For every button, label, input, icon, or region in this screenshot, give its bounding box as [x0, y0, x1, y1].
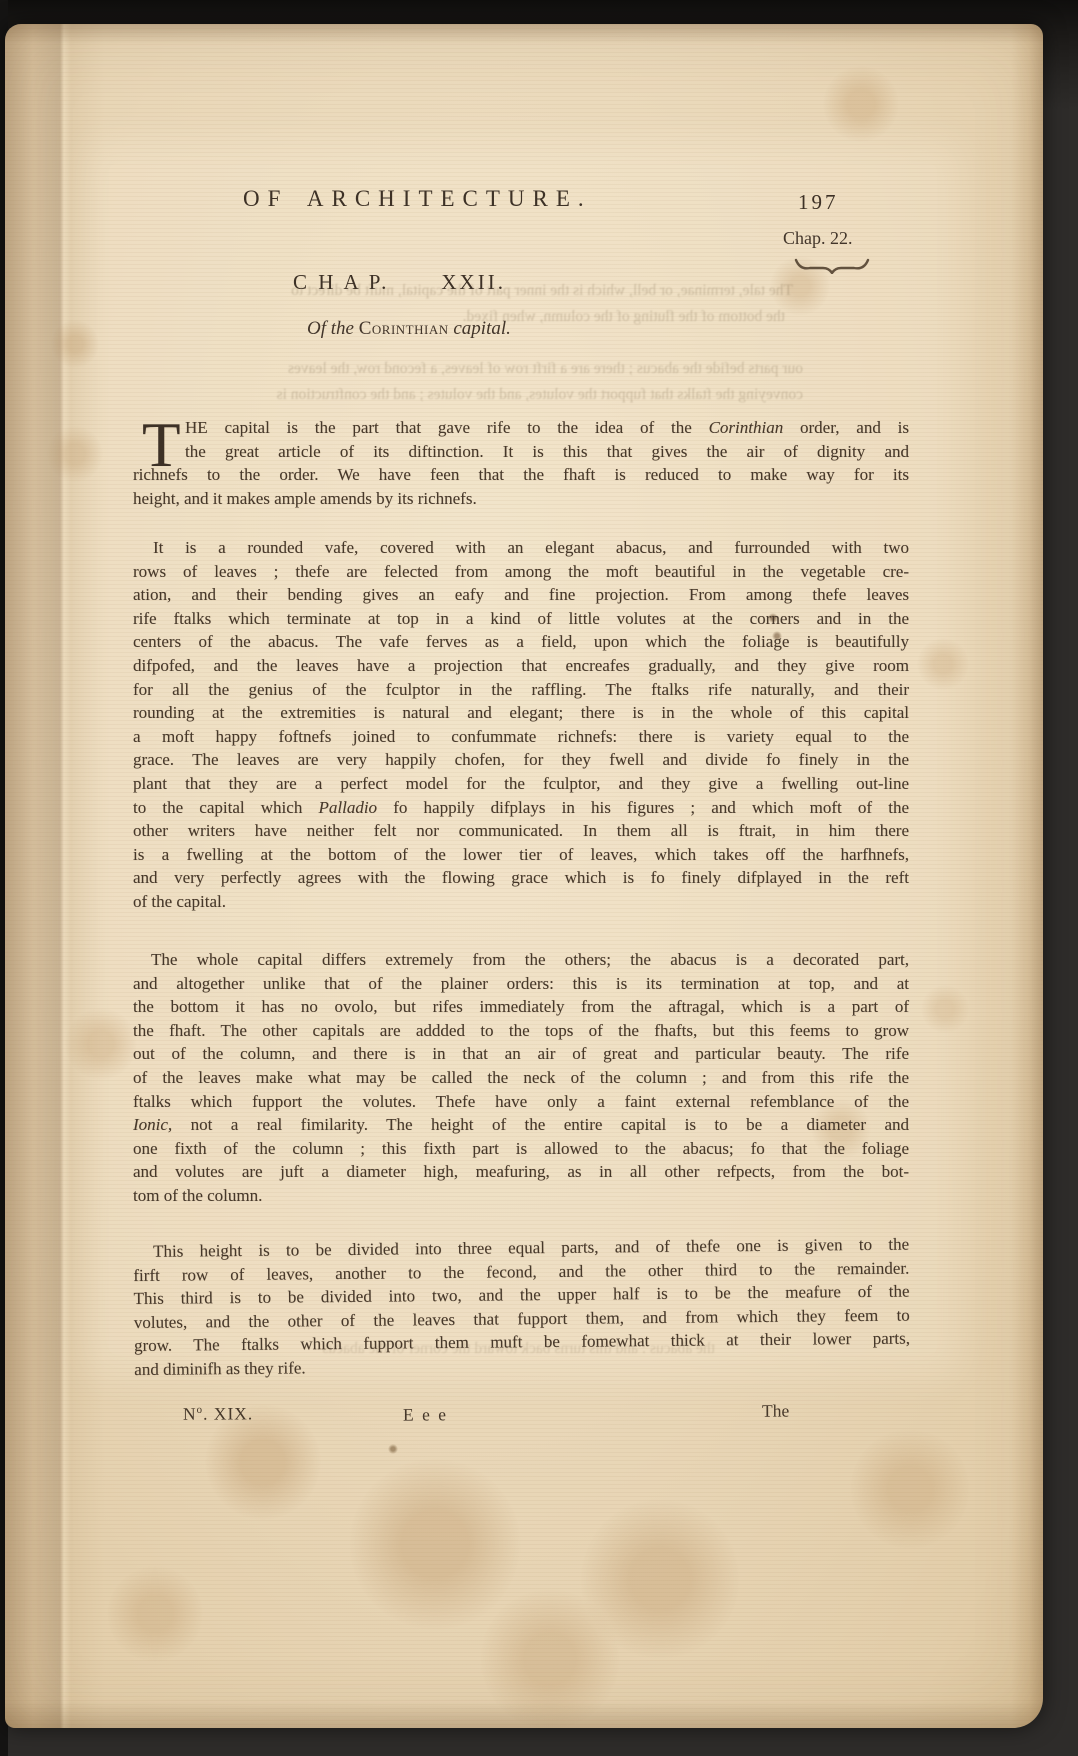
- text-line: HE capital is the part that gave rife to…: [133, 416, 909, 440]
- verso-show-through: conveying the ftalks that fupport the vo…: [139, 386, 803, 404]
- text-line: and volutes are juft a diameter high, me…: [133, 1160, 909, 1184]
- paragraph-3: The whole capital differs extremely from…: [133, 948, 909, 1208]
- paragraph-2: It is a rounded vafe, covered with an el…: [133, 536, 909, 914]
- book-page: The tale, terminae, or bell, which is th…: [5, 24, 1043, 1728]
- text-line: other writers have neither felt nor comm…: [133, 819, 909, 843]
- text-line: out of the column, and there is in that …: [133, 1042, 909, 1066]
- text-line: is a fwelling at the bottom of the lower…: [133, 843, 909, 867]
- brace-flourish: [793, 256, 871, 274]
- text-line: centers of the abacus. The vafe ferves a…: [133, 630, 909, 654]
- text-line: The whole capital differs extremely from…: [133, 948, 909, 972]
- running-head: OF ARCHITECTURE.: [243, 186, 592, 212]
- text-line: and altogether unlike that of the plaine…: [133, 972, 909, 996]
- text-line: It is a rounded vafe, covered with an el…: [133, 536, 909, 560]
- text-line: for all the genius of the fculptor in th…: [133, 678, 909, 702]
- text-line: of the capital.: [133, 890, 909, 914]
- paragraph-4: This height is to be divided into three …: [133, 1233, 910, 1382]
- text-line: to the capital which Palladio fo happily…: [133, 796, 909, 820]
- book-photo: The tale, terminae, or bell, which is th…: [0, 0, 1078, 1756]
- text-line: height, and it makes ample amends by its…: [133, 487, 909, 511]
- text-line: rife ftalks which terminate at top in a …: [133, 607, 909, 631]
- paragraph-1: THE capital is the part that gave rife t…: [133, 416, 909, 510]
- drop-cap: T: [142, 419, 180, 471]
- text-line: Ionic, not a real fimilarity. The height…: [133, 1113, 909, 1137]
- text-line: and very perfectly agrees with the flowi…: [133, 866, 909, 890]
- section-title: Of the Corinthian capital.: [307, 318, 511, 340]
- chapter-heading: C H A P.XXII.: [293, 270, 506, 295]
- text-line: a moft happy foftnefs joined to confumma…: [133, 725, 909, 749]
- text-line: the fhaft. The other capitals are addded…: [133, 1019, 909, 1043]
- text-line: rows of leaves ; thefe are felected from…: [133, 560, 909, 584]
- verso-show-through: our parts befide the abacus ; there are …: [139, 360, 803, 378]
- page-number: 197: [798, 190, 839, 215]
- issue-signature: No. XIX.: [183, 1403, 253, 1424]
- text-line: ftalks which fupport the volutes. Thefe …: [133, 1090, 909, 1114]
- text-line: tom of the column.: [133, 1184, 909, 1208]
- text-line: the bottom it has no ovolo, but rifes im…: [133, 995, 909, 1019]
- gathering-signature: E e e: [403, 1404, 448, 1425]
- text-line: plant that they are a perfect model for …: [133, 772, 909, 796]
- text-line: one fixth of the column ; this fixth par…: [133, 1137, 909, 1161]
- text-line: richnefs to the order. We have feen that…: [133, 463, 909, 487]
- text-line: ation, and their bending gives an eafy a…: [133, 583, 909, 607]
- text-line: grace. The leaves are very happily chofe…: [133, 748, 909, 772]
- chapter-heading-word: C H A P.: [293, 270, 389, 294]
- text-line: difpofed, and the leaves have a projecti…: [133, 654, 909, 678]
- catchword: The: [762, 1401, 789, 1422]
- page-footer: No. XIX. E e e The: [133, 1400, 909, 1432]
- chapter-heading-numeral: XXII.: [441, 270, 506, 295]
- chapter-margin-note: Chap. 22.: [783, 228, 853, 249]
- text-line: rounding at the extremities is natural a…: [133, 701, 909, 725]
- text-line: the great article of its diftinction. It…: [133, 440, 909, 464]
- text-line: of the leaves make what may be called th…: [133, 1066, 909, 1090]
